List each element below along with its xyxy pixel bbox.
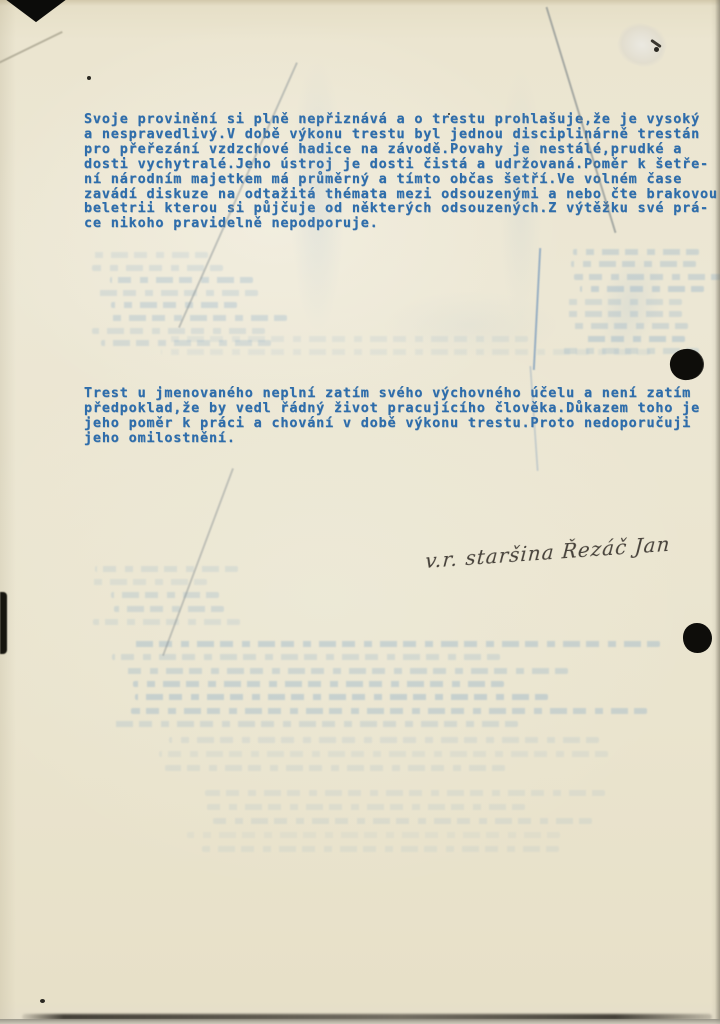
bleedthrough-line (133, 641, 660, 647)
ink-smudge (380, 290, 560, 360)
ink-smudge (498, 65, 543, 325)
bleedthrough-line (135, 694, 548, 700)
dirt-speck (40, 999, 45, 1003)
paper-tear (613, 18, 672, 73)
bleedthrough-line (95, 566, 238, 572)
typewritten-line: pro přeřezání vzdzchové hadice na závodě… (84, 142, 718, 157)
bleedthrough-line (93, 619, 240, 625)
bleedthrough-line (95, 290, 258, 296)
bleedthrough-line (213, 818, 592, 824)
paragraph-conduct-assessment: Svoje provinění si plně nepřiznává a o t… (84, 112, 718, 231)
bleedthrough-line (92, 328, 265, 334)
bleedthrough-line (165, 765, 505, 771)
scan-corner-artifact (0, 0, 80, 26)
typewritten-line: Svoje provinění si plně nepřiznává a o t… (84, 112, 718, 127)
bleedthrough-line (112, 654, 500, 660)
bleedthrough-line (207, 804, 525, 810)
ink-smudge (290, 55, 345, 335)
dirt-speck (654, 47, 659, 52)
bleedthrough-line (131, 708, 647, 714)
punch-hole-bottom (683, 623, 712, 653)
typewritten-line: předpoklad,že by vedl řádný život pracuj… (84, 401, 700, 416)
bleedthrough-line (205, 790, 605, 796)
paper-crease (162, 468, 233, 656)
bottom-edge-shadow (0, 1019, 720, 1024)
typewritten-line: a nespravedlivý.V době výkonu trestu byl… (84, 127, 718, 142)
typewritten-line: jeho omilostnění. (84, 431, 700, 446)
typewritten-line: jeho poměr k práci a chování v době výko… (84, 416, 700, 431)
typewritten-line: dosti vychytralé.Jeho ústroj je dosti či… (84, 157, 718, 172)
paper-crease (0, 31, 63, 63)
scanned-document-page: Svoje provinění si plně nepřiznává a o t… (0, 0, 720, 1024)
dirt-speck (87, 76, 91, 80)
bleedthrough-line (108, 315, 287, 321)
bleedthrough-line (161, 349, 650, 355)
bleedthrough-line (202, 846, 559, 852)
bleedthrough-line (159, 751, 608, 757)
bleedthrough-line (122, 668, 568, 674)
bleedthrough-line (169, 737, 599, 743)
dirt-speck (448, 113, 450, 115)
paragraph-recommendation: Trest u jmenovaného neplní zatím svého v… (84, 386, 700, 446)
left-edge-artifact (0, 592, 7, 654)
bleedthrough-line (111, 592, 219, 598)
bleedthrough-line (112, 721, 518, 727)
bleedthrough-line (133, 681, 504, 687)
bleedthrough-line (111, 302, 237, 308)
bleedthrough-line (114, 606, 224, 612)
typewritten-line: ní národním majetkem má průměrný a tímto… (84, 172, 718, 187)
bleedthrough-line (110, 277, 253, 283)
bleedthrough-line (187, 832, 560, 838)
right-edge-shadow (715, 0, 720, 1024)
bleedthrough-line (86, 252, 208, 258)
handwritten-signature: v.r. staršina Řezáč Jan (424, 531, 685, 573)
typewritten-line: Trest u jmenovaného neplní zatím svého v… (84, 386, 700, 401)
typewritten-line: ce nikoho pravidelně nepodporuje. (84, 216, 718, 231)
